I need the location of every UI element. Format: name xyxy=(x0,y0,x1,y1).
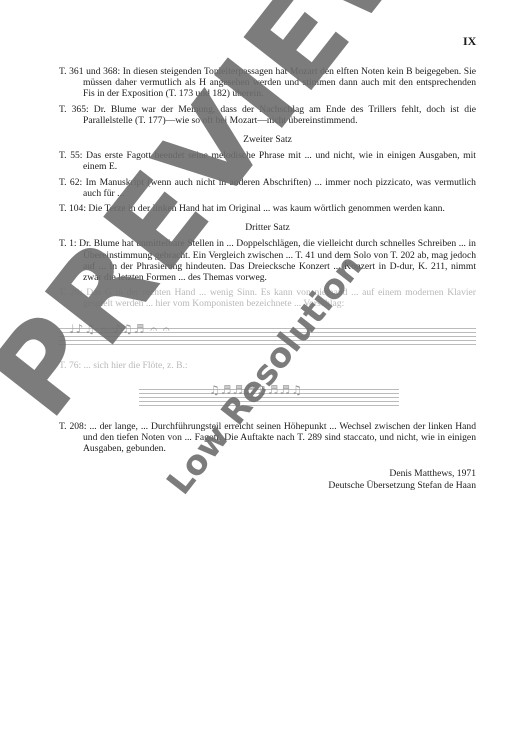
note-entry: T. 62: Im Manuskript (wenn auch nicht in… xyxy=(59,177,476,199)
note-text: ... sich hier die Flöte, z. B.: xyxy=(84,360,188,371)
note-entry: T. 76: ... sich hier die Flöte, z. B.: xyxy=(59,360,476,371)
music-example-2: ♫♬♬♬♫♬♬♫ xyxy=(59,377,476,417)
note-entry: T. 361 und 368: In diesen steigenden Ton… xyxy=(59,66,476,100)
measure-ref: T. 55: xyxy=(59,150,82,161)
note-text: ... der lange, ... Durchführungsteil err… xyxy=(83,421,476,454)
measure-ref: T. 1: xyxy=(59,238,77,249)
note-text: Dr. Blume hat unmittelbare Stellen in ..… xyxy=(79,238,476,283)
measure-ref: T. 208: xyxy=(59,421,87,432)
note-entry: T. 55: Das erste Fagott beendet seine me… xyxy=(59,150,476,172)
measure-ref: T. 104: xyxy=(59,203,86,214)
translator-credit: Deutsche Übersetzung Stefan de Haan xyxy=(59,480,476,492)
note-entry: T. 1: Dr. Blume hat unmittelbare Stellen… xyxy=(59,238,476,283)
measure-ref: T. 76: xyxy=(59,360,81,371)
note-entry: T. 365: Dr. Blume war der Meinung, dass … xyxy=(59,104,476,126)
note-entry: T. 104: Die Terze in der linken Hand hat… xyxy=(59,203,476,214)
page-number: IX xyxy=(463,34,476,49)
measure-ref: T. 361 und 368: xyxy=(59,66,120,77)
signature-block: Denis Matthews, 1971 Deutsche Übersetzun… xyxy=(59,468,476,491)
music-example-1: ♩♪♫ 𝄐 ♪♫♬ 𝄐 𝄐 xyxy=(59,316,476,356)
note-entry: T. 208: ... der lange, ... Durchführungs… xyxy=(59,421,476,455)
music-notation: ♫♬♬♬♫♬♬♫ xyxy=(209,385,303,396)
note-entry: T. 20: Das G in der rechten Hand ... wen… xyxy=(59,287,476,309)
measure-ref: T. 20: xyxy=(59,287,83,298)
note-text: Im Manuskript (wenn auch nicht in andere… xyxy=(83,177,476,199)
note-text: Das erste Fagott beendet seine melodisch… xyxy=(83,150,476,172)
measure-ref: T. 365: xyxy=(59,104,89,115)
author-credit: Denis Matthews, 1971 xyxy=(59,468,476,480)
section-heading-third-movement: Dritter Satz xyxy=(59,222,476,233)
note-text: In diesen steigenden Tonleiterpassagen h… xyxy=(83,66,476,99)
document-body: T. 361 und 368: In diesen steigenden Ton… xyxy=(59,66,476,491)
note-text: Die Terze in der linken Hand hat im Orig… xyxy=(88,203,444,214)
music-notation: ♩♪♫ 𝄐 ♪♫♬ 𝄐 𝄐 xyxy=(69,324,171,335)
measure-ref: T. 62: xyxy=(59,177,82,188)
note-text: Dr. Blume war der Meinung, dass der Nach… xyxy=(83,104,476,126)
section-heading-second-movement: Zweiter Satz xyxy=(59,134,476,145)
note-text: Das G in der rechten Hand ... wenig Sinn… xyxy=(83,287,476,309)
